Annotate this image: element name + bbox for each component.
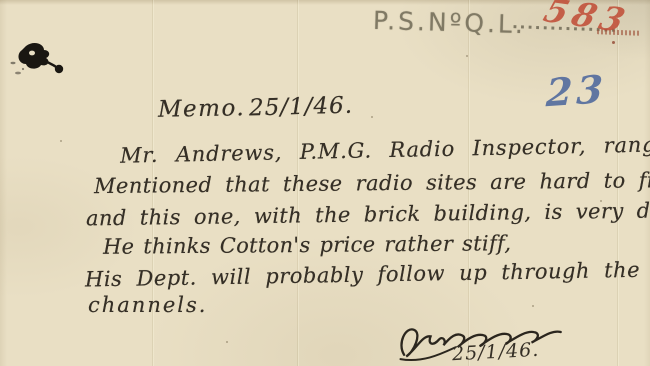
memo-body-line: and this one, with the brick building, i… [86,200,650,230]
memo-body-line: He thinks Cotton's price rather stiff, [103,233,511,258]
memo-body-line: Mr. Andrews, P.M.G. Radio Inspector, ran… [120,134,650,166]
memo-body-line: His Dept. will probably follow up throug… [85,259,650,291]
paper-speck [371,116,373,118]
memo-body-line: Mentioned that these radio sites are har… [94,170,650,197]
paper-speck [532,305,534,307]
memo-paper: P.S.NºQ.L. .............. 583 23 Memo. 2… [0,0,650,366]
paper-speck [466,55,468,57]
office-stamp-code: P.S.NºQ.L. [373,6,527,39]
ink-blot [10,38,68,78]
paper-speck [226,341,228,343]
memo-title: Memo. [158,97,246,122]
signature-date: 25/1/46. [451,339,539,366]
red-ink-file-number: 583 [539,0,634,40]
stamp-period-mark [612,41,615,44]
memo-date: 25/1/46. [249,95,354,121]
paper-speck [60,140,62,142]
blue-pencil-page-number: 23 [545,66,607,115]
memo-body-line: channels. [88,295,207,316]
